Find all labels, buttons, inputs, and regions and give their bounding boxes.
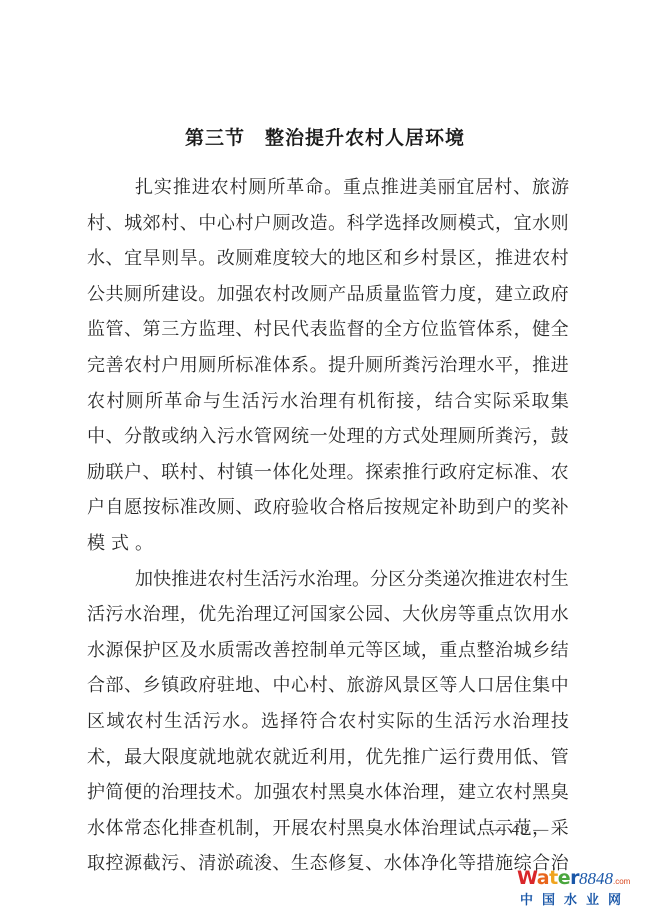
paragraph-2-line-9: 取控源截污、清淤疏浚、生态修复、水体净化等措施综合治 xyxy=(87,846,569,882)
paragraph-2-line-2: 活污水治理，优先治理辽河国家公园、大伙房等重点饮用水 xyxy=(87,597,569,633)
paragraph-1-line-3: 水、宜旱则旱。改厕难度较大的地区和乡村景区，推进农村 xyxy=(87,241,569,277)
paragraph-1-line-9: 励联户、联村、村镇一体化处理。探索推行政府定标准、农 xyxy=(87,455,569,491)
paragraph-1-line-8: 中、分散或纳入污水管网统一处理的方式处理厕所粪污，鼓 xyxy=(87,419,569,455)
page-number: — 43 — xyxy=(475,822,565,839)
paragraph-1-line-4: 公共厕所建设。加强农村改厕产品质量监管力度，建立政府 xyxy=(87,277,569,313)
paragraph-1-line-1: 扎实推进农村厕所革命。重点推进美丽宜居村、旅游 xyxy=(87,170,569,206)
watermark-domain: .com xyxy=(613,877,630,886)
watermark-number: 8848 xyxy=(579,869,613,888)
paragraph-2-line-1: 加快推进农村生活污水治理。分区分类递次推进农村生 xyxy=(87,562,569,598)
paragraph-1-line-6: 完善农村户用厕所标准体系。提升厕所粪污治理水平，推进 xyxy=(87,348,569,384)
paragraph-2-line-6: 术，最大限度就地就农就近利用，优先推广运行费用低、管 xyxy=(87,740,569,776)
document-page: 第三节 整治提升农村人居环境 扎实推进农村厕所革命。重点推进美丽宜居村、旅游 村… xyxy=(0,0,650,919)
body-text: 扎实推进农村厕所革命。重点推进美丽宜居村、旅游 村、城郊村、中心村户厕改造。科学… xyxy=(87,170,569,882)
watermark-brand: Water8848.com xyxy=(517,868,642,892)
paragraph-2-line-4: 合部、乡镇政府驻地、中心村、旅游风景区等人口居住集中 xyxy=(87,668,569,704)
paragraph-2-line-3: 水源保护区及水质需改善控制单元等区域，重点整治城乡结 xyxy=(87,633,569,669)
watermark-brand-letters: Water xyxy=(517,867,579,889)
paragraph-1-line-11: 模式。 xyxy=(87,526,569,562)
section-title: 第三节 整治提升农村人居环境 xyxy=(0,123,650,150)
paragraph-2-line-5: 区域农村生活污水。选择符合农村实际的生活污水治理技 xyxy=(87,704,569,740)
paragraph-1-line-2: 村、城郊村、中心村户厕改造。科学选择改厕模式，宜水则 xyxy=(87,206,569,242)
paragraph-1-line-10: 户自愿按标准改厕、政府验收合格后按规定补助到户的奖补 xyxy=(87,490,569,526)
watermark-chinese-name: 中国水业网 xyxy=(517,892,642,910)
paragraph-1-line-7: 农村厕所革命与生活污水治理有机衔接，结合实际采取集 xyxy=(87,384,569,420)
paragraph-2-line-7: 护简便的治理技术。加强农村黑臭水体治理，建立农村黑臭 xyxy=(87,775,569,811)
watermark-logo: Water8848.com 中国水业网 xyxy=(517,868,642,912)
paragraph-1-line-5: 监管、第三方监理、村民代表监督的全方位监管体系，健全 xyxy=(87,312,569,348)
